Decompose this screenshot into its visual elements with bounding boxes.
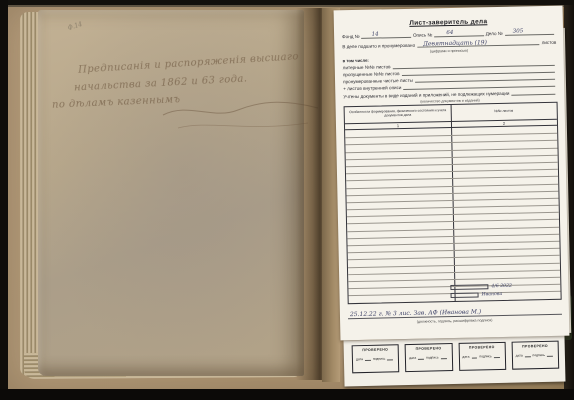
check-stamp-box: ПРОВЕРЕНО дата подпись <box>458 342 506 371</box>
check-sign-label: подпись <box>479 354 492 358</box>
check-stamp-title: ПРОВЕРЕНО <box>356 347 395 352</box>
stamp-signature-value: Иванова <box>481 291 502 296</box>
stamp-date-value: 4/6 2022 <box>491 283 512 288</box>
counted-label: В деле подшито и пронумеровано <box>342 43 415 50</box>
form-table: Особенности формирования, физического со… <box>344 102 562 304</box>
opis-label: Опись № <box>413 32 433 37</box>
check-date-label: дата <box>356 357 363 361</box>
opis-blank: 64 <box>434 31 483 37</box>
form-table-body <box>345 127 561 303</box>
check-stamps-sheet: ПРОВЕРЕНО дата подпись ПРОВЕРЕНО дата по… <box>344 335 566 386</box>
check-date-blank <box>365 355 371 360</box>
check-stamps-row: ПРОВЕРЕНО дата подпись ПРОВЕРЕНО дата по… <box>352 341 560 374</box>
check-date-label: дата <box>409 355 416 359</box>
check-sign-label: подпись <box>532 352 545 356</box>
bottom-signature-value: 25.12.22 г. № 3 лис. Зав. АФ (Иванова М.… <box>350 308 481 318</box>
accounted-blank <box>511 90 555 96</box>
scan-top-edge <box>0 0 574 5</box>
fond-value: 14 <box>372 32 379 37</box>
check-sign-label: подпись <box>373 356 386 360</box>
form-title: Лист-заверитель дела <box>334 17 563 29</box>
check-stamp-box: ПРОВЕРЕНО дата подпись <box>352 344 400 373</box>
check-sign-blank <box>494 352 500 357</box>
check-sign-blank <box>440 354 446 359</box>
check-sign-label: подпись <box>426 355 439 359</box>
check-date-label: дата <box>462 354 469 358</box>
check-date-blank <box>471 353 477 358</box>
table-col1-index: 1 <box>345 122 451 129</box>
archive-scan: Ф.14 Предписанія и распоряженія высшаго … <box>0 0 574 400</box>
pencil-note: Ф.14 <box>67 22 83 32</box>
certification-form-sheet: Лист-заверитель дела Фонд № 14 Опись № 6… <box>334 6 570 341</box>
check-sign-blank <box>547 351 553 356</box>
field-propushchennye-label: пропущенные №№ листов <box>343 71 400 77</box>
table-col2-header: №№ листов <box>451 103 557 121</box>
field-vnutr-opis-blank <box>403 82 555 90</box>
table-col2-index: 2 <box>451 120 557 127</box>
check-stamp-title: ПРОВЕРЕНО <box>409 346 448 351</box>
delo-label: Дело № <box>486 31 503 36</box>
scan-bottom-edge <box>0 389 574 400</box>
check-stamp-title: ПРОВЕРЕНО <box>462 344 501 349</box>
delo-value: 305 <box>513 29 524 34</box>
field-chistye-label: пронумерованные чистые листы <box>343 78 413 84</box>
table-verification-stamp: 4/6 2022 Иванова <box>450 281 558 299</box>
field-liternye-label: литерные №№ листов <box>343 64 391 70</box>
delo-blank: 305 <box>505 30 554 36</box>
left-page: Ф.14 Предписанія и распоряженія высшаго … <box>38 10 304 376</box>
field-vnutr-opis-label: + листов внутренней описи <box>343 85 401 91</box>
check-date-label: дата <box>516 353 523 357</box>
fond-opis-delo-row: Фонд № 14 Опись № 64 Дело № 305 <box>342 30 556 39</box>
opis-value: 64 <box>446 31 453 36</box>
counted-value: Девятнадцать (19) <box>423 40 487 46</box>
check-stamp-box: ПРОВЕРЕНО дата подпись <box>511 341 559 370</box>
fond-blank: 14 <box>362 33 411 39</box>
check-stamp-box: ПРОВЕРЕНО дата подпись <box>405 343 453 372</box>
including-label: в том числе: <box>343 58 369 64</box>
check-date-blank <box>525 352 531 357</box>
handwritten-line-1: Предписанія и распоряженія высшаго <box>78 51 299 75</box>
counted-suffix: листов <box>542 40 557 45</box>
check-date-blank <box>418 354 424 359</box>
stamp-date-box <box>450 284 488 290</box>
check-stamp-title: ПРОВЕРЕНО <box>515 343 554 348</box>
check-sign-blank <box>387 355 393 360</box>
table-col1-header: Особенности формирования, физического со… <box>345 105 451 123</box>
fond-label: Фонд № <box>342 34 360 39</box>
stamp-signature-box <box>451 292 479 298</box>
scan-left-edge <box>0 0 8 400</box>
